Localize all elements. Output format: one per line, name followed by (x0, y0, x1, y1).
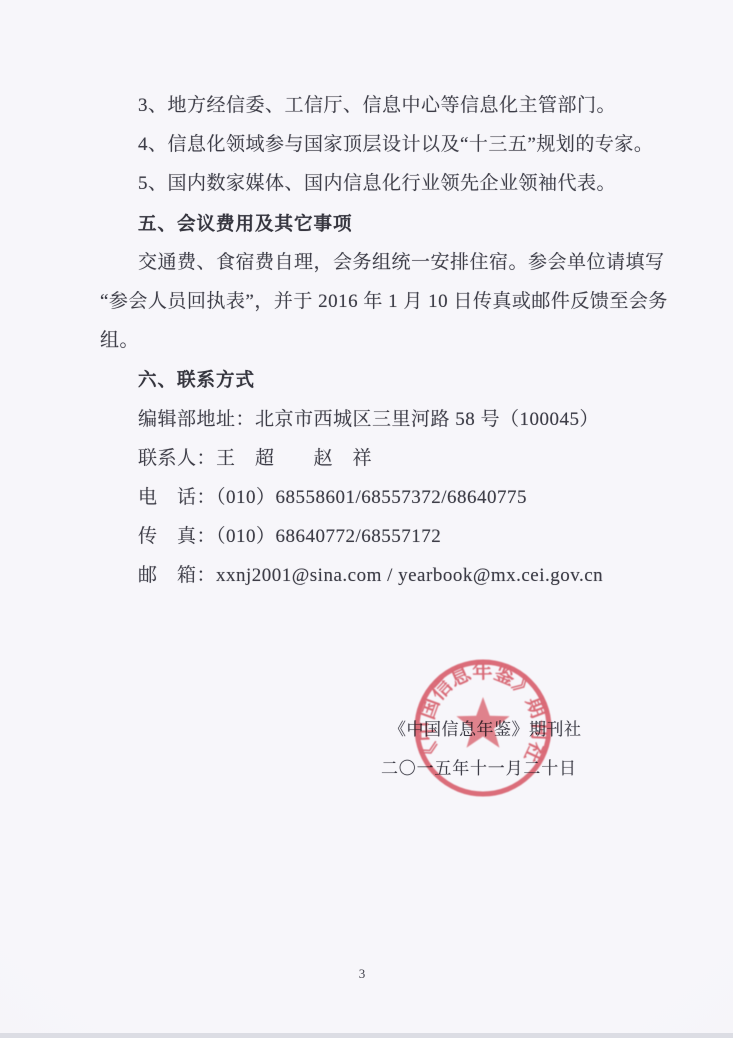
seal-arc-text-holder: 《中国信息年鉴》期刊社 (414, 659, 553, 767)
document-body: 3、地方经信委、工信厅、信息中心等信息化主管部门。 4、信息化领域参与国家顶层设… (100, 86, 660, 595)
signature-date: 二〇一五年十一月二十日 (381, 754, 577, 779)
section-heading-fees: 五、会议费用及其它事项 (100, 204, 660, 243)
contact-fax: 传 真：（010）68640772/68557172 (100, 517, 660, 556)
scanned-document-page: 3、地方经信委、工信厅、信息中心等信息化主管部门。 4、信息化领域参与国家顶层设… (0, 0, 733, 1038)
section-heading-contact: 六、联系方式 (100, 360, 660, 399)
fee-paragraph-line-1: 交通费、食宿费自理，会务组统一安排住宿。参会单位请填写 (100, 243, 660, 282)
contact-persons: 联系人：王 超 赵 祥 (100, 439, 660, 478)
fee-paragraph-line-3: 组。 (100, 321, 660, 360)
fee-paragraph-line-2: “参会人员回执表”，并于 2016 年 1 月 10 日传真或邮件反馈至会务 (100, 282, 660, 321)
page-number: 3 (352, 966, 372, 982)
contact-address: 编辑部地址：北京市西城区三里河路 58 号（100045） (100, 400, 660, 439)
seal-arc-text: 《中国信息年鉴》期刊社 (414, 659, 553, 767)
contact-email: 邮 箱：xxnj2001@sina.com / yearbook@mx.cei.… (100, 556, 660, 595)
list-item-4: 4、信息化领域参与国家顶层设计以及“十三五”规划的专家。 (100, 125, 660, 164)
list-item-5: 5、国内数家媒体、国内信息化行业领先企业领袖代表。 (100, 164, 660, 203)
scanner-edge-shadow (0, 1033, 733, 1038)
contact-phone: 电 话：（010）68558601/68557372/68640775 (100, 478, 660, 517)
list-item-3: 3、地方经信委、工信厅、信息中心等信息化主管部门。 (100, 86, 660, 125)
signature-organization: 《中国信息年鉴》期刊社 (389, 715, 582, 740)
